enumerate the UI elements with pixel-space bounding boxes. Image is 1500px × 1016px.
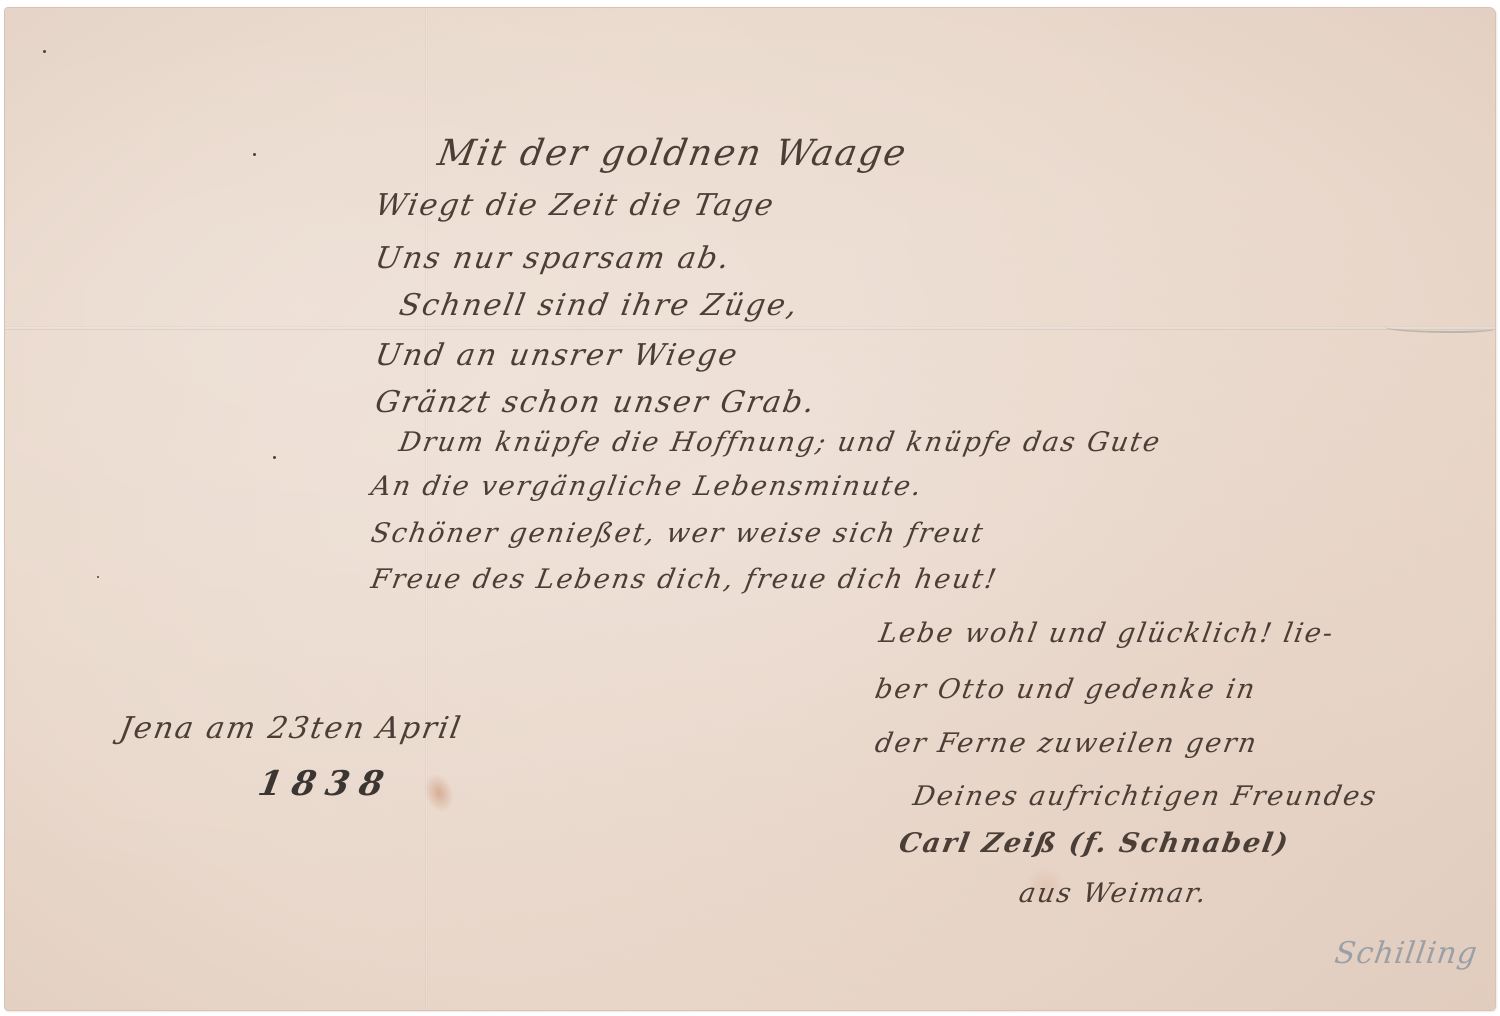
document-paper: Mit der goldnen Waage Wiegt die Zeit die…: [5, 8, 1495, 1010]
horizontal-fold-line: [5, 326, 1495, 330]
poem-line: An die vergängliche Lebensminute.: [369, 473, 925, 500]
poem-line: Mit der goldnen Waage: [435, 136, 910, 172]
poem-line: Gränzt schon unser Grab.: [373, 388, 818, 418]
paper-speck: [43, 50, 46, 53]
poem-line: Und an unsrer Wiege: [373, 341, 741, 371]
paper-speck: [97, 576, 99, 578]
poem-line: Drum knüpfe die Hoffnung; und knüpfe das…: [397, 429, 1163, 456]
closing-line: Lebe wohl und glücklich! lie-: [877, 620, 1337, 647]
poem-line: Uns nur sparsam ab.: [373, 244, 733, 274]
year: 1838: [255, 764, 397, 804]
place-date: Jena am 23ten April: [117, 711, 465, 746]
closing-line: ber Otto und gedenke in: [873, 676, 1259, 703]
poem-line: Wiegt die Zeit die Tage: [373, 191, 777, 221]
paper-tear: [1385, 323, 1495, 333]
vertical-fold-line: [425, 8, 428, 1010]
poem-line: Schnell sind ihre Züge,: [397, 291, 801, 321]
signature-line: Carl Zeiß (f. Schnabel): [897, 830, 1292, 857]
paper-speck: [273, 456, 276, 459]
closing-line: der Ferne zuweilen gern: [873, 730, 1260, 757]
poem-line: Freue des Lebens dich, freue dich heut!: [369, 566, 1000, 593]
poem-line: Schöner genießet, wer weise sich freut: [369, 520, 987, 547]
closing-line: Deines aufrichtigen Freundes: [911, 783, 1380, 810]
pencil-annotation: Schilling: [1333, 936, 1481, 971]
closing-line: aus Weimar.: [1017, 880, 1210, 907]
paper-speck: [253, 153, 256, 156]
